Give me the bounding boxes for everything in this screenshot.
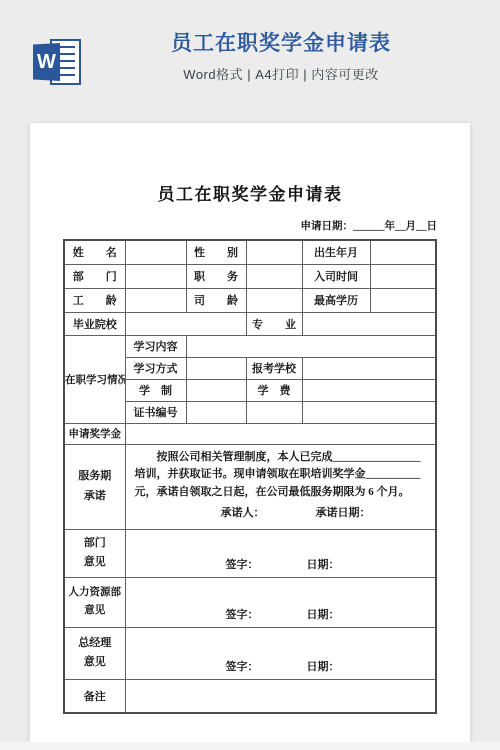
row-hr-opinion: 人力资源部 意见 签字： 日期： [64,577,436,627]
dept-opinion-cell: 签字： 日期： [125,529,436,577]
hr-opinion-cell: 签字： 日期： [125,577,436,627]
row-study-content: 在职学习情况 学习内容 [64,335,436,357]
hr-sign-date-label: 日期： [307,606,340,622]
commit-person-label: 承诺人： [221,505,316,523]
dept-opinion-label: 部门 意见 [64,529,125,577]
position-value-cell [246,264,302,288]
remark-label: 备注 [64,679,125,713]
education-label: 最高学历 [302,288,370,312]
word-icon: W [33,38,83,86]
birth-label: 出生年月 [302,240,370,264]
major-value-cell [302,312,436,335]
listing-title: 员工在职奖学金申请表 [62,27,500,57]
gender-value-cell [246,240,302,264]
department-label: 部 门 [64,264,125,288]
gender-label: 性 别 [186,240,246,264]
gm-sign-line: 签字： 日期： [126,658,436,679]
study-content-value-cell [186,335,436,357]
study-length-label: 学 制 [125,379,186,401]
application-form-table: 姓 名 性 别 出生年月 部 门 职 务 入司时间 工 龄 司 龄 [63,239,437,714]
form-title: 员工在职奖学金申请表 [30,180,470,205]
study-mode-value-cell [186,357,246,379]
apply-date-line: 申请日期：______年__月__日 [30,218,470,233]
row-scholarship: 申请奖学金 [64,423,436,444]
template-preview-page: W 员工在职奖学金申请表 Word格式 | A4打印 | 内容可更改 员工在职奖… [0,0,500,750]
gm-sign-label: 签字： [226,658,307,674]
commitment-sign-line: 承诺人： 承诺日期： [135,505,427,523]
dept-sign-label: 签字： [226,556,307,572]
remark-value-cell [125,679,436,713]
work-years-label: 工 龄 [64,288,125,312]
gm-sign-date-label: 日期： [307,658,340,674]
row-name-gender-birth: 姓 名 性 别 出生年月 [64,240,436,264]
school-value-cell [125,312,246,335]
document-page: 员工在职奖学金申请表 申请日期：______年__月__日 姓 名 性 别 出生… [30,123,470,742]
education-value-cell [370,288,436,312]
department-value-cell [125,264,186,288]
cert-no-value-cell-3 [302,401,436,423]
join-time-value-cell [370,264,436,288]
hr-sign-label: 签字： [226,606,307,622]
row-years-education: 工 龄 司 龄 最高学历 [64,288,436,312]
study-section-label: 在职学习情况 [64,335,125,423]
row-service-commitment: 服务期 承诺 按照公司相关管理制度，本人已完成________________培… [64,444,436,529]
major-label: 专 业 [246,312,302,335]
commitment-text: 按照公司相关管理制度，本人已完成________________培训，并获取证书… [135,451,421,499]
study-content-label: 学习内容 [125,335,186,357]
scholarship-value-cell [125,423,436,444]
company-years-label: 司 龄 [186,288,246,312]
birth-value-cell [370,240,436,264]
hr-sign-line: 签字： 日期： [126,606,436,627]
cert-no-value-cell-2 [246,401,302,423]
row-gm-opinion: 总经理 意见 签字： 日期： [64,627,436,679]
dept-sign-date-label: 日期： [307,556,340,572]
tuition-label: 学 费 [246,379,302,401]
scholarship-label: 申请奖学金 [64,423,125,444]
bottom-strip [0,742,500,750]
cert-no-value-cell-1 [186,401,246,423]
row-dept-position-join: 部 门 职 务 入司时间 [64,264,436,288]
row-school-major: 毕业院校 专 业 [64,312,436,335]
commit-date-label: 承诺日期： [316,505,371,523]
work-years-value-cell [125,288,186,312]
name-value-cell [125,240,186,264]
row-dept-opinion: 部门 意见 签字： 日期： [64,529,436,577]
apply-school-label: 报考学校 [246,357,302,379]
service-commitment-label: 服务期 承诺 [64,444,125,529]
company-years-value-cell [246,288,302,312]
study-mode-label: 学习方式 [125,357,186,379]
study-length-value-cell [186,379,246,401]
join-time-label: 入司时间 [302,264,370,288]
position-label: 职 务 [186,264,246,288]
listing-header: W 员工在职奖学金申请表 Word格式 | A4打印 | 内容可更改 [0,0,500,110]
cert-no-label: 证书编号 [125,401,186,423]
service-commitment-text-cell: 按照公司相关管理制度，本人已完成________________培训，并获取证书… [125,444,436,529]
row-remark: 备注 [64,679,436,713]
hr-opinion-label: 人力资源部 意见 [64,577,125,627]
word-icon-w-letter: W [33,43,60,81]
school-label: 毕业院校 [64,312,125,335]
dept-sign-line: 签字： 日期： [126,556,436,577]
gm-opinion-cell: 签字： 日期： [125,627,436,679]
name-label: 姓 名 [64,240,125,264]
listing-subtitle: Word格式 | A4打印 | 内容可更改 [62,64,500,83]
tuition-value-cell [302,379,436,401]
apply-school-value-cell [302,357,436,379]
gm-opinion-label: 总经理 意见 [64,627,125,679]
